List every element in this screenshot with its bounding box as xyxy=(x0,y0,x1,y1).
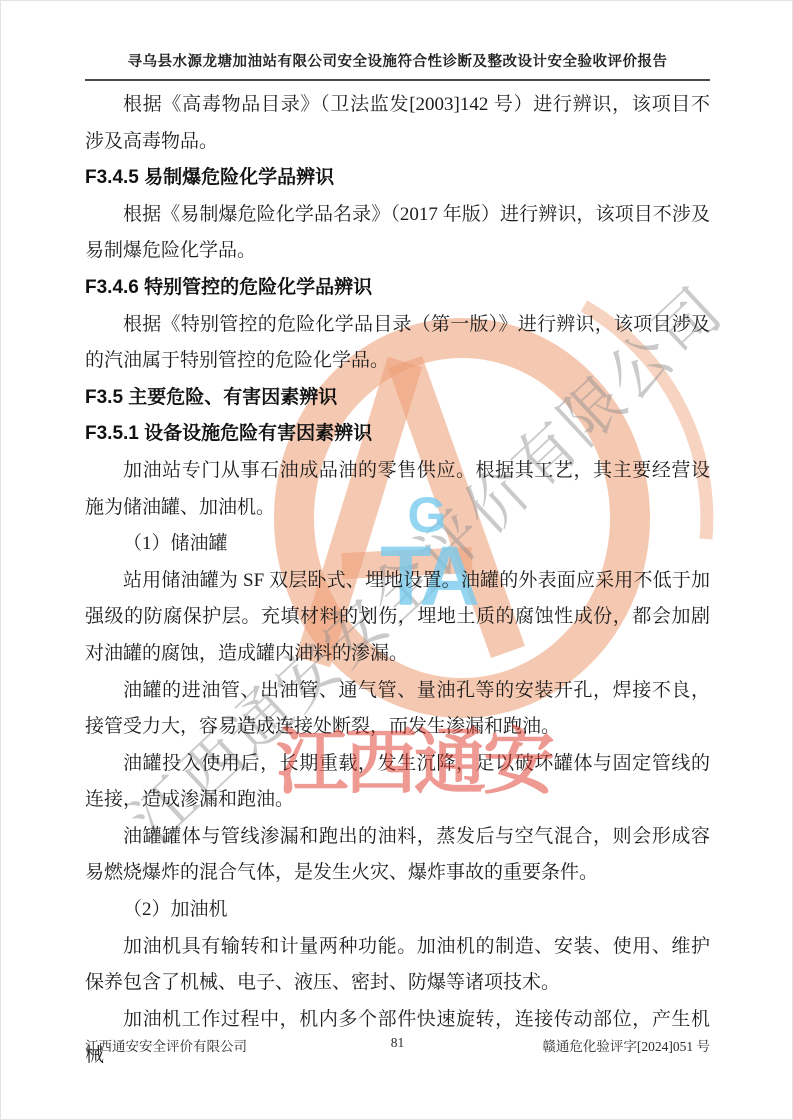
footer-page-number: 81 xyxy=(293,1035,501,1051)
section-heading: F3.5.1 设备设施危险有害因素辨识 xyxy=(85,416,710,453)
body-paragraph: 加油站专门从事石油成品油的零售供应。根据其工艺，其主要经营设施为储油罐、加油机。 xyxy=(85,453,710,526)
body-paragraph: 根据《特别管控的危险化学品目录（第一版）》进行辨识，该项目涉及的汽油属于特别管控… xyxy=(85,307,710,380)
page-footer: 江西通安安全评价有限公司 81 赣通危化验评字[2024]051 号 xyxy=(85,1035,710,1055)
footer-company: 江西通安安全评价有限公司 xyxy=(85,1035,293,1055)
body-paragraph: （2）加油机 xyxy=(85,892,710,929)
report-page: { "page": { "header": { "title": "寻乌县水源龙… xyxy=(0,0,793,1120)
red-company-watermark: 江西通安 xyxy=(276,704,552,808)
body-paragraph: 加油机具有输转和计量两种功能。加油机的制造、安装、使用、维护保养包含了机械、电子… xyxy=(85,929,710,1002)
footer-doc-number: 赣通危化验评字[2024]051 号 xyxy=(502,1035,710,1055)
document-body: 根据《高毒物品目录》（卫法监发[2003]142 号）进行辨识，该项目不涉及高毒… xyxy=(85,87,710,1075)
section-heading: F3.5 主要危险、有害因素辨识 xyxy=(85,380,710,417)
section-heading: F3.4.6 特别管控的危险化学品辨识 xyxy=(85,270,710,307)
body-paragraph: 根据《高毒物品目录》（卫法监发[2003]142 号）进行辨识，该项目不涉及高毒… xyxy=(85,87,710,160)
section-heading: F3.4.5 易制爆危险化学品辨识 xyxy=(85,160,710,197)
body-paragraph: 站用储油罐为 SF 双层卧式、埋地设置。油罐的外表面应采用不低于加强级的防腐保护… xyxy=(85,563,710,673)
page-header-title: 寻乌县水源龙塘加油站有限公司安全设施符合性诊断及整改设计安全验收评价报告 xyxy=(85,50,710,81)
body-paragraph: 油罐罐体与管线渗漏和跑出的油料，蒸发后与空气混合，则会形成容易燃烧爆炸的混合气体… xyxy=(85,819,710,892)
body-paragraph: 根据《易制爆危险化学品名录》（2017 年版）进行辨识，该项目不涉及易制爆危险化… xyxy=(85,197,710,270)
body-paragraph: （1）储油罐 xyxy=(85,526,710,563)
